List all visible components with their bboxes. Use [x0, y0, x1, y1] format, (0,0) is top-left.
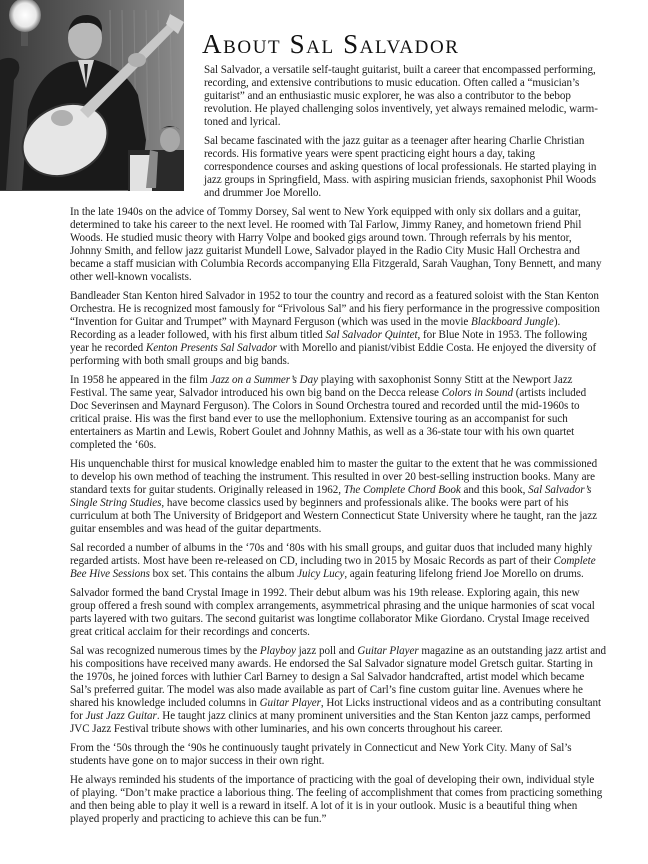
body-text: and this book,	[461, 484, 528, 496]
italic-title-text: Sal Salvador Quintet	[325, 329, 417, 341]
paragraph-teaching: From the ‘50s through the ‘90s he contin…	[70, 742, 606, 768]
italic-title-text: The Complete Chord Book	[344, 484, 461, 496]
paragraph-intro: Sal Salvador, a versatile self-taught gu…	[204, 64, 606, 129]
paragraph-new-york: In the late 1940s on the advice of Tommy…	[70, 206, 606, 284]
paragraph-early-years: Sal became fascinated with the jazz guit…	[204, 135, 606, 200]
italic-title-text: Kenton Presents Sal Salvador	[146, 342, 277, 354]
body-text: jazz poll and	[296, 645, 357, 657]
body-text: Sal became fascinated with the jazz guit…	[204, 135, 596, 199]
paragraph-recognition: Sal was recognized numerous times by the…	[70, 645, 606, 736]
body-text: Salvador formed the band Crystal Image i…	[70, 587, 595, 638]
paragraph-albums: Sal recorded a number of albums in the ‘…	[70, 542, 606, 581]
italic-title-text: Jazz on a Summer’s Day	[210, 374, 318, 386]
body-text: box set. This contains the album	[150, 568, 297, 580]
italic-title-text: Blackboard Jungle	[471, 316, 554, 328]
body-text: , again featuring lifelong friend Joe Mo…	[344, 568, 583, 580]
paragraph-instruction-books: His unquenchable thirst for musical know…	[70, 458, 606, 536]
italic-title-text: Juicy Lucy	[297, 568, 344, 580]
intro-column: Sal Salvador, a versatile self-taught gu…	[204, 64, 606, 206]
italic-title-text: Guitar Player	[357, 645, 418, 657]
italic-title-text: Colors in Sound	[442, 387, 513, 399]
paragraph-stan-kenton: Bandleader Stan Kenton hired Salvador in…	[70, 290, 606, 368]
page-title: About Sal Salvador	[202, 29, 460, 59]
italic-title-text: Guitar Player	[260, 697, 321, 709]
body-text: From the ‘50s through the ‘90s he contin…	[70, 742, 572, 767]
paragraph-crystal-image: Salvador formed the band Crystal Image i…	[70, 587, 606, 639]
body-text: Sal was recognized numerous times by the	[70, 645, 260, 657]
sal-salvador-photo	[0, 0, 184, 191]
paragraph-1958: In 1958 he appeared in the film Jazz on …	[70, 374, 606, 452]
body-text: Sal recorded a number of albums in the ‘…	[70, 542, 592, 567]
main-column: In the late 1940s on the advice of Tommy…	[70, 206, 606, 832]
body-text: Sal Salvador, a versatile self-taught gu…	[204, 64, 598, 128]
italic-title-text: Just Jazz Guitar	[86, 710, 157, 722]
body-text: In 1958 he appeared in the film	[70, 374, 210, 386]
italic-title-text: Playboy	[260, 645, 296, 657]
paragraph-quote: He always reminded his students of the i…	[70, 774, 606, 826]
body-text: He always reminded his students of the i…	[70, 774, 602, 825]
body-text: In the late 1940s on the advice of Tommy…	[70, 206, 601, 283]
